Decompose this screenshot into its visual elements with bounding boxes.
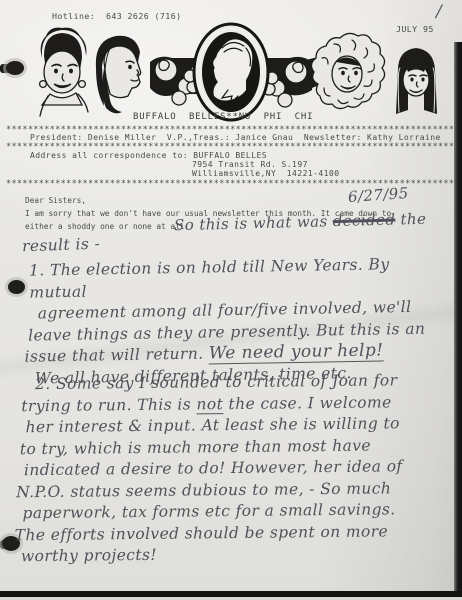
scan-edge-right [454,42,462,600]
handwritten-intro-c: result is - [22,235,101,256]
woman-profile-illustration [96,36,141,114]
handwritten-intro-a: So this is what was [174,212,333,234]
woman-updo-illustration [40,28,88,116]
woman-wavy-hair-illustration [311,33,384,108]
cameo-illustration [194,24,268,120]
p2-line-5: indicated a desire to do! However, her i… [24,456,456,482]
p1-line-1: 1. The election is on hold till New Year… [29,253,452,303]
scanned-newsletter-page: Hotline: 643 2626 (716) JULY 95 / [0,0,462,600]
p2-line-1: 2. Some say I sounded to critical of Joa… [35,370,455,396]
typed-body-line-2: either a shoddy one or none at all. [25,222,189,231]
handwritten-paragraph-2: 2. Some say I sounded to critical of Joa… [13,370,457,568]
handwritten-struck-word: decided [333,211,396,231]
masthead-illustration [0,18,462,124]
officers-line: President: Denise Miller V.P.,Treas.: Ja… [30,133,441,142]
banner-title: BUFFALO BELLES**NU PHI CHI [133,112,313,122]
underlined-not: not [196,395,223,414]
woman-straight-hair-illustration [396,48,437,114]
p2-line-9: worthy projects! [21,542,457,568]
handwritten-date: 6/27/95 [347,184,409,206]
address-line-2: Williamsville,NY 14221-4100 [192,169,339,178]
underlined-help-phrase: We need your help! [209,340,384,364]
salutation: Dear Sisters, [25,196,86,205]
correspondence-line: Address all correspondence to: BUFFALO B… [30,151,267,160]
address-line-1: 7954 Transit Rd. S.197 [192,160,308,169]
p2-line-7: paperwork, tax forms etc for a small sav… [22,499,456,525]
handwritten-paragraph-1: 1. The election is on hold till New Year… [19,253,453,390]
p2-line-3: her interest & input. At least she is wi… [25,413,455,439]
handwritten-intro-b: the [395,210,426,229]
